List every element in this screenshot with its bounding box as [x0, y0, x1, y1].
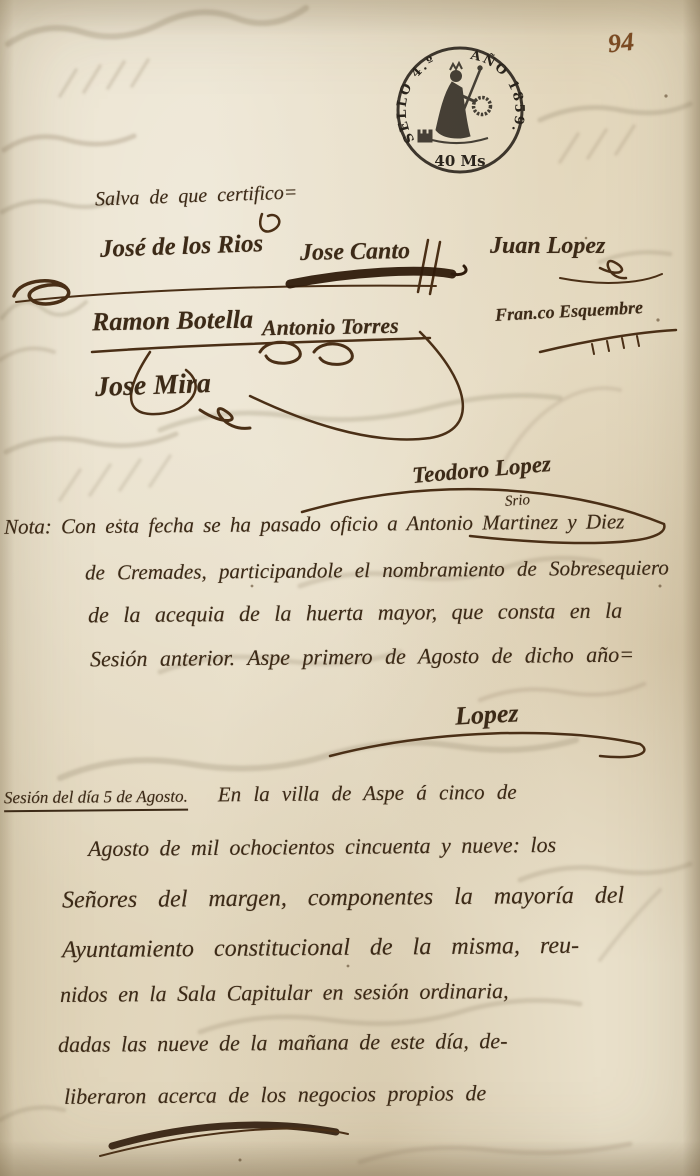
nota-line: Nota: Con esta fecha se ha pasado oficio… — [4, 511, 625, 537]
nota-line: de Cremades, participandole el nombramie… — [85, 557, 669, 583]
session-line: liberaron acerca de los negocios propios… — [64, 1082, 486, 1108]
session-line: Agosto de mil ochocientos cincuenta y nu… — [88, 834, 556, 860]
signature-jose-canto: Jose Canto — [300, 239, 410, 265]
session-heading: Sesión del día 5 de Agosto. — [4, 788, 188, 813]
secretary-title: Srio — [505, 493, 531, 510]
seal-arc-right-text: AÑO 1859. — [468, 48, 527, 136]
closing-flourish — [112, 1125, 336, 1146]
svg-text:SELLO 4.º: SELLO 4.º — [395, 53, 439, 146]
manuscript-page-scan: SELLO 4.º AÑO 1859. 40 Ms 94 Salva de qu… — [0, 0, 700, 1176]
certification-line: Salva de que certifico= — [95, 182, 298, 209]
session-line: Señores del margen, componentes la mayor… — [62, 884, 624, 913]
lopez-rubric — [330, 733, 644, 757]
session-line: Ayuntamiento constitucional de la misma,… — [62, 934, 579, 963]
svg-text:AÑO 1859.: AÑO 1859. — [468, 48, 527, 136]
nota-signature-lopez: Lopez — [454, 700, 519, 729]
seal-denomination-text: 40 Ms — [434, 152, 485, 170]
session-first-line: Sesión del día 5 de Agosto.En la villa d… — [4, 782, 517, 812]
session-line: nidos en la Sala Capitular en sesión ord… — [60, 980, 509, 1006]
secretary-signature: Teodoro Lopez — [411, 452, 552, 487]
page-number: 94 — [607, 29, 636, 58]
nota-line: de la acequia de la huerta mayor, que co… — [88, 600, 622, 627]
session-heading-rest: En la villa de Aspe á cinco de — [218, 780, 517, 807]
signature-antonio-torres: Antonio Torres — [262, 315, 399, 339]
signature-juan-lopez: Juan Lopez — [490, 234, 605, 258]
heavy-ink-smear — [290, 271, 452, 284]
nota-line: Sesión anterior. Aspe primero de Agosto … — [90, 644, 634, 671]
signature-francisco-esquembre: Fran.co Esquembre — [495, 298, 644, 324]
seal-hispania-figure — [418, 63, 491, 143]
seal-arc-left-text: SELLO 4.º — [395, 53, 439, 146]
signature-ramon-botella: Ramon Botella — [92, 307, 254, 336]
signature-jose-mira: Jose Mira — [95, 370, 212, 402]
signature-jose-de-los-rios: José de los Rios — [100, 231, 264, 262]
revenue-stamp-seal: SELLO 4.º AÑO 1859. 40 Ms — [392, 42, 528, 178]
session-line: dadas las nueve de la mañana de este día… — [58, 1030, 508, 1056]
certifico-flourish — [260, 214, 279, 232]
